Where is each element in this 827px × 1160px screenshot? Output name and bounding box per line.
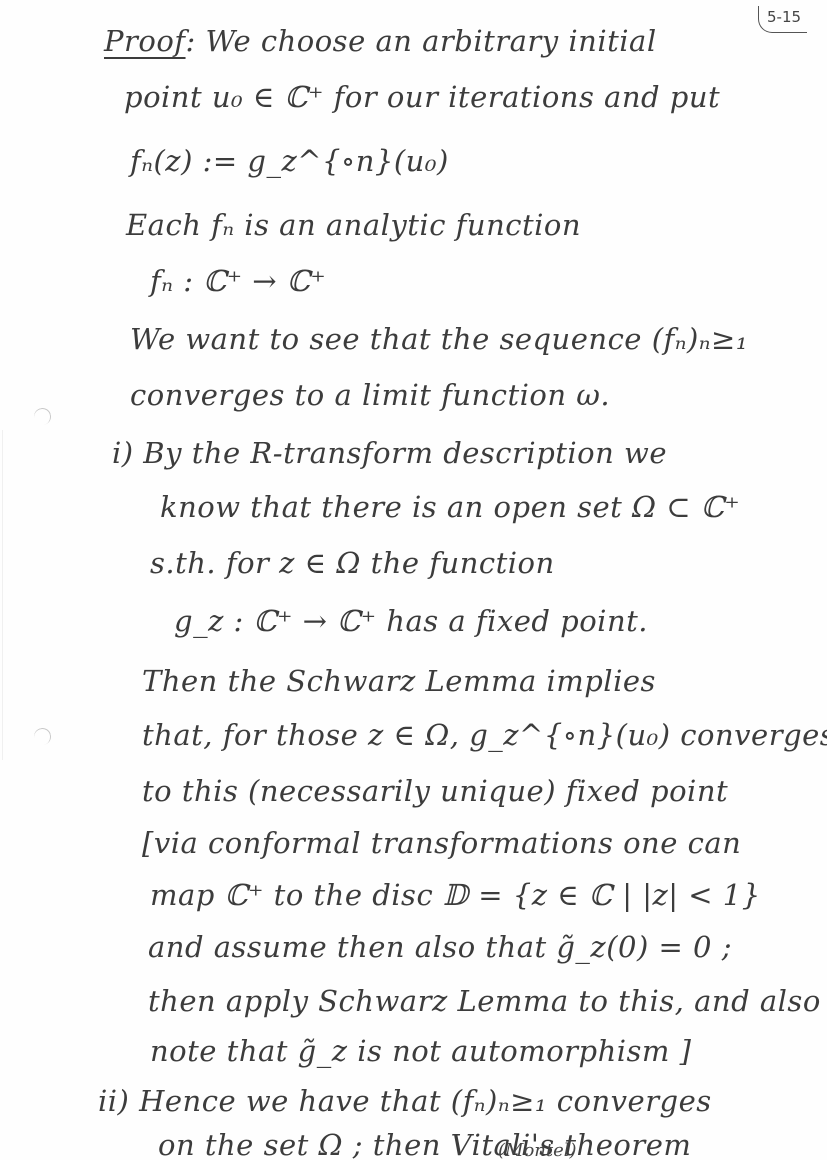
page-number: 5-15 [758,6,807,33]
proof-line-16: map ℂ⁺ to the disc 𝔻 = {z ∈ ℂ | |z| < 1} [150,878,761,912]
proof-line-15: [via conformal transformations one can [142,826,741,860]
proof-line-6: We want to see that the sequence (fₙ)ₙ≥₁ [130,322,748,356]
punch-hole-mark-lower [33,727,53,747]
handwritten-page: 5-15 Proof: We choose an arbitrary initi… [0,0,827,1160]
proof-line-2: point u₀ ∈ ℂ⁺ for our iterations and put [124,80,720,114]
proof-step-ii-line-1: ii) Hence we have that (fₙ)ₙ≥₁ converges [98,1084,712,1118]
punch-hole-mark-upper [33,407,53,427]
proof-line-1-text: : We choose an arbitrary initial [186,24,657,58]
proof-line-5-map: fₙ : ℂ⁺ → ℂ⁺ [150,264,326,298]
proof-line-18: then apply Schwarz Lemma to this, and al… [148,984,821,1018]
proof-step-i-line-4: g_z : ℂ⁺ → ℂ⁺ has a fixed point. [174,604,648,638]
proof-line-17: and assume then also that g̃_z(0) = 0 ; [148,930,732,964]
proof-line-4: Each fₙ is an analytic function [126,208,581,242]
proof-step-i-line-3: s.th. for z ∈ Ω the function [150,546,555,580]
proof-line-3-definition: fₙ(z) := g_z^{∘n}(u₀) [130,144,449,178]
montel-annotation: (Montel) [498,1140,577,1160]
proof-step-ii-line-2: on the set Ω ; then Vitali's theorem [158,1128,691,1160]
proof-line-1: Proof: We choose an arbitrary initial [104,24,657,58]
proof-step-i-line-1: i) By the R-transform description we [112,436,667,470]
proof-line-19: note that g̃_z is not automorphism ] [150,1034,691,1068]
page-edge-shadow [2,430,3,760]
proof-line-7: converges to a limit function ω. [130,378,610,412]
proof-step-i-line-2: know that there is an open set Ω ⊂ ℂ⁺ [160,490,740,524]
proof-line-13: that, for those z ∈ Ω, g_z^{∘n}(u₀) conv… [142,718,827,752]
proof-heading: Proof [104,24,186,58]
proof-line-12: Then the Schwarz Lemma implies [142,664,656,698]
proof-line-14: to this (necessarily unique) fixed point [142,774,728,808]
